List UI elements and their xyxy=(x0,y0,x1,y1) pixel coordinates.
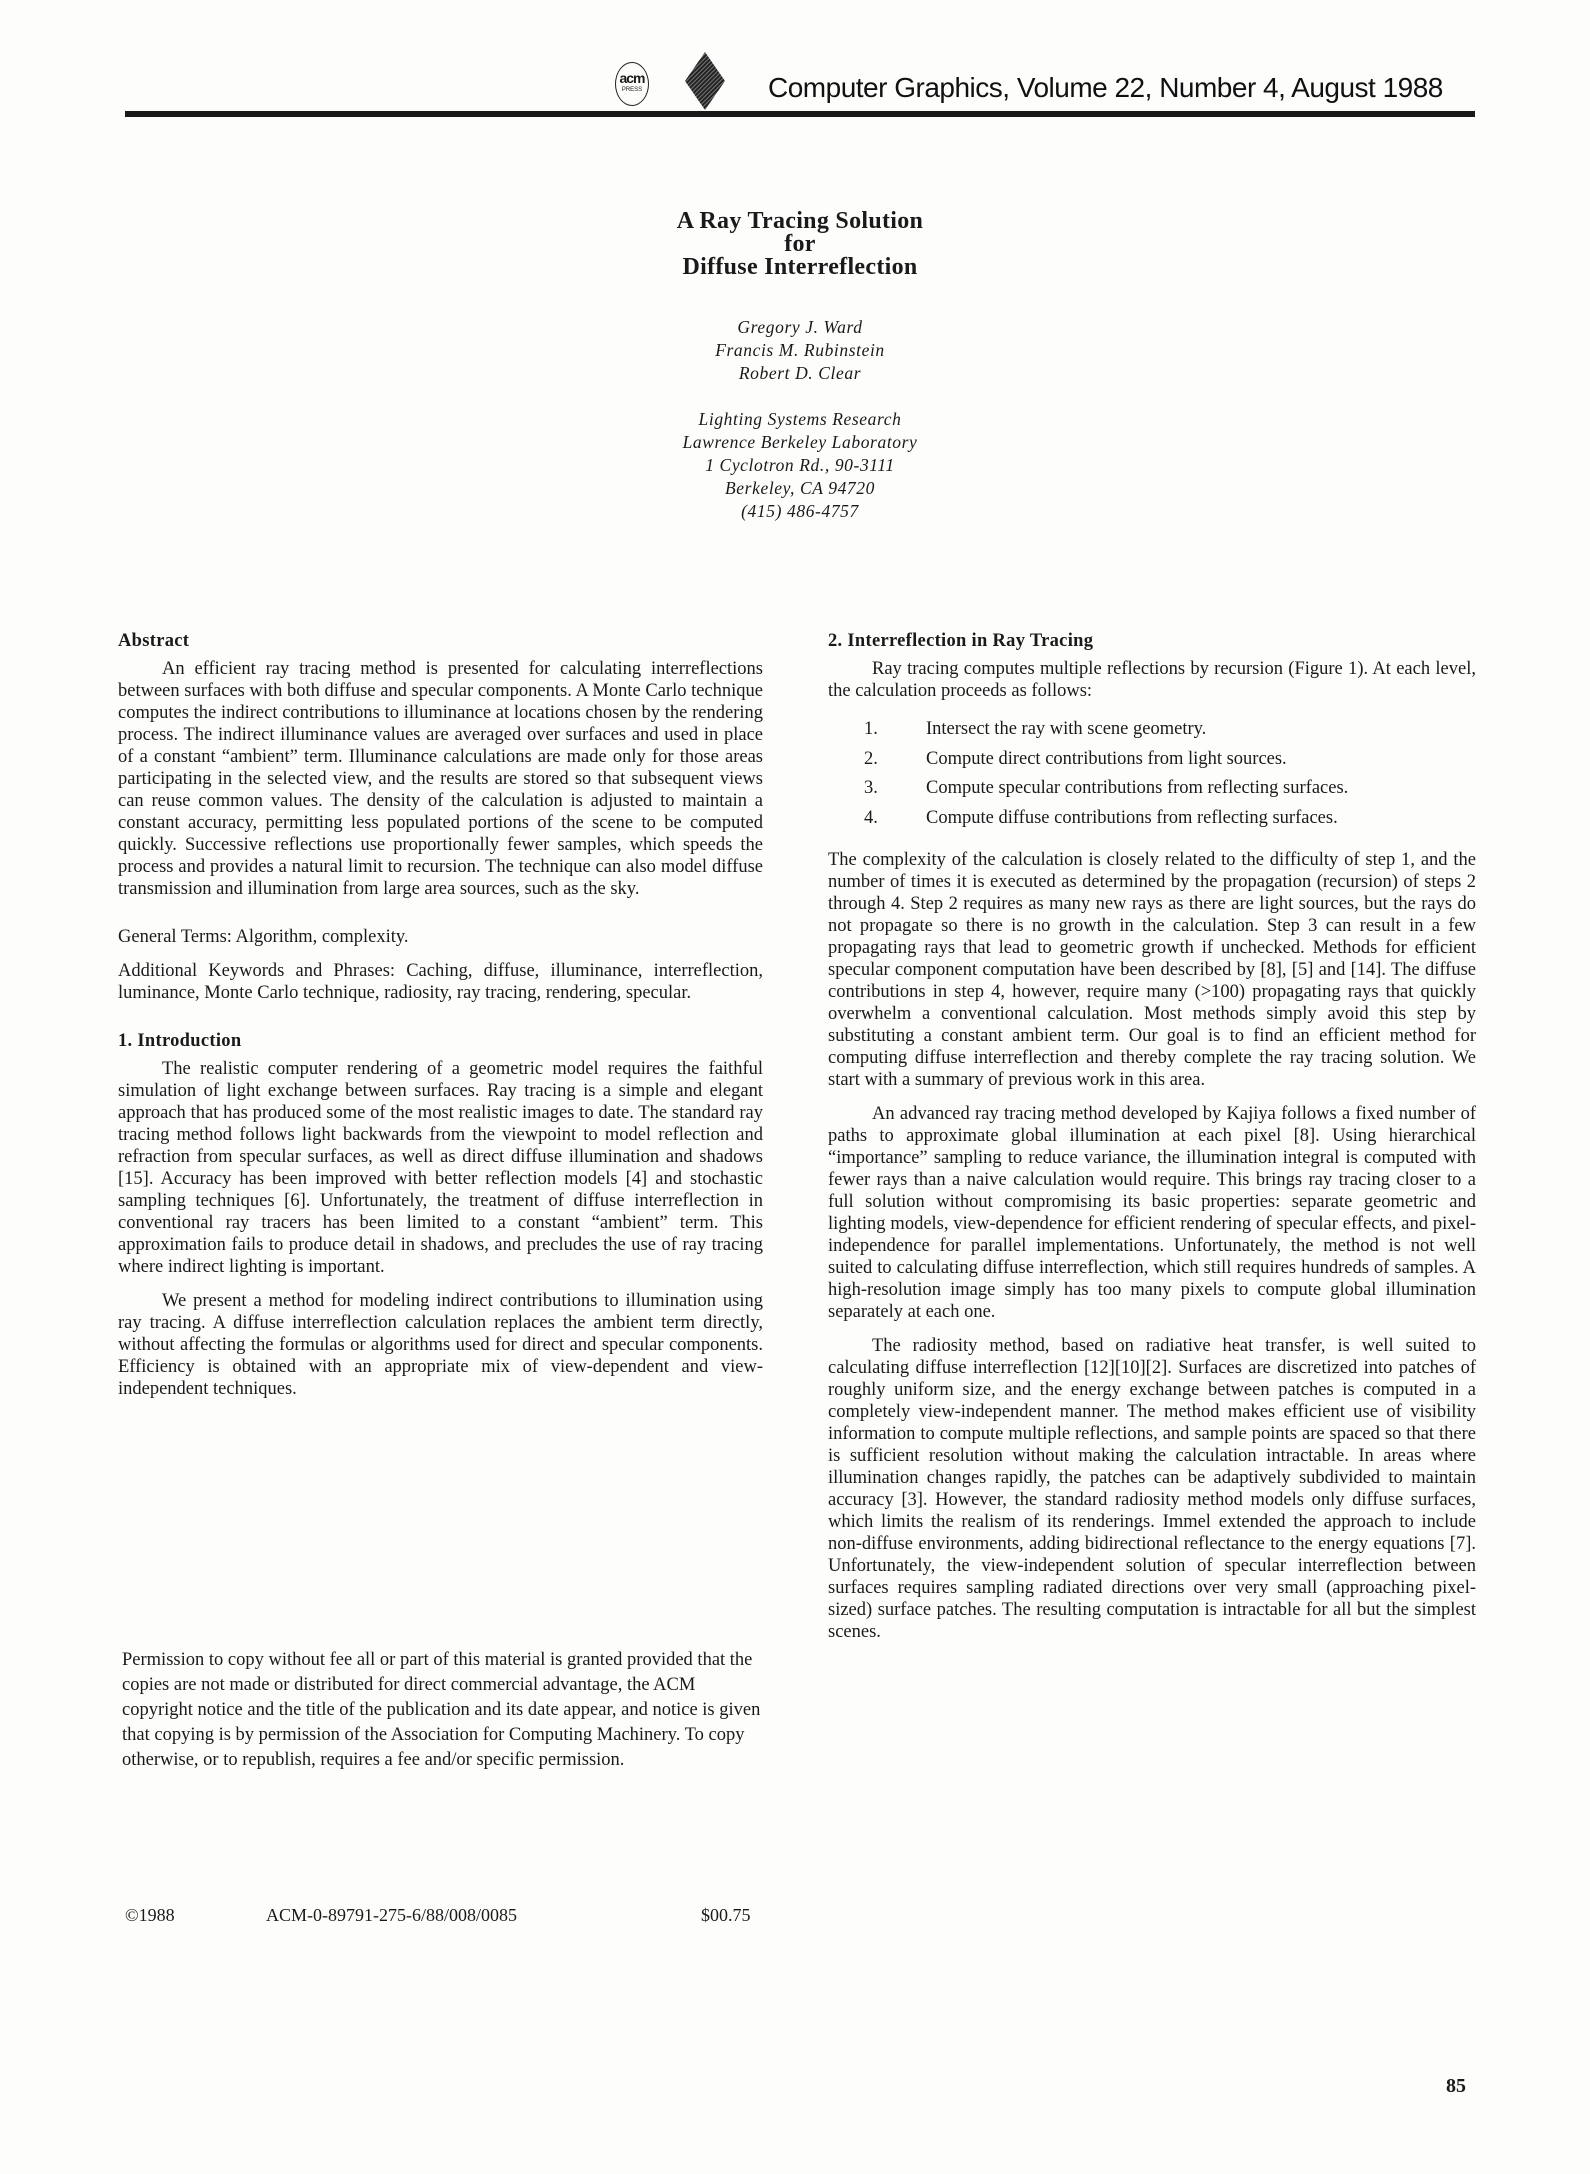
step-text: Compute diffuse contributions from refle… xyxy=(912,807,1338,829)
title-line: Diffuse Interreflection xyxy=(560,256,1040,279)
paper-title: A Ray Tracing Solution for Diffuse Inter… xyxy=(560,210,1040,279)
section-1-paragraph: The realistic computer rendering of a ge… xyxy=(118,1058,763,1278)
step-item: 1.Intersect the ray with scene geometry. xyxy=(828,718,1476,740)
title-line: A Ray Tracing Solution xyxy=(560,210,1040,233)
section-1-paragraph: We present a method for modeling indirec… xyxy=(118,1290,763,1400)
permission-notice: Permission to copy without fee all or pa… xyxy=(122,1648,762,1773)
affiliation-line: 1 Cyclotron Rd., 90-3111 xyxy=(560,454,1040,477)
abstract-text: An efficient ray tracing method is prese… xyxy=(118,658,763,900)
step-item: 2.Compute direct contributions from ligh… xyxy=(828,748,1476,770)
author: Gregory J. Ward xyxy=(560,316,1040,339)
step-number: 4. xyxy=(828,807,912,829)
acm-logo-text: acm xyxy=(619,70,644,86)
section-2-intro: Ray tracing computes multiple reflection… xyxy=(828,658,1476,702)
running-header: acm PRESS Computer Graphics, Volume 22, … xyxy=(125,50,1475,120)
step-list: 1.Intersect the ray with scene geometry.… xyxy=(828,718,1476,829)
affiliation: Lighting Systems Research Lawrence Berke… xyxy=(560,408,1040,523)
step-item: 4.Compute diffuse contributions from ref… xyxy=(828,807,1476,829)
author: Robert D. Clear xyxy=(560,362,1040,385)
keywords: Additional Keywords and Phrases: Caching… xyxy=(118,960,763,1004)
affiliation-line: (415) 486-4757 xyxy=(560,500,1040,523)
page-number: 85 xyxy=(1446,2075,1466,2098)
siggraph-diamond-icon xyxy=(685,52,725,110)
copyright-year: ©1988 xyxy=(125,1905,175,1926)
right-column: 2. Interreflection in Ray Tracing Ray tr… xyxy=(828,630,1476,1643)
abstract-heading: Abstract xyxy=(118,630,763,652)
header-rule xyxy=(125,111,1475,117)
affiliation-line: Lighting Systems Research xyxy=(560,408,1040,431)
journal-title: Computer Graphics, Volume 22, Number 4, … xyxy=(768,72,1443,104)
section-2-paragraph: An advanced ray tracing method developed… xyxy=(828,1103,1476,1323)
general-terms: General Terms: Algorithm, complexity. xyxy=(118,926,763,948)
section-2-paragraph: The radiosity method, based on radiative… xyxy=(828,1335,1476,1643)
author: Francis M. Rubinstein xyxy=(560,339,1040,362)
section-2-paragraph: The complexity of the calculation is clo… xyxy=(828,849,1476,1091)
section-1-heading: 1. Introduction xyxy=(118,1030,763,1052)
step-number: 3. xyxy=(828,777,912,799)
step-number: 1. xyxy=(828,718,912,740)
acm-isbn: ACM-0-89791-275-6/88/008/0085 xyxy=(266,1905,517,1926)
acm-press-logo: acm PRESS xyxy=(615,62,649,106)
price: $00.75 xyxy=(701,1905,751,1926)
author-list: Gregory J. Ward Francis M. Rubinstein Ro… xyxy=(560,316,1040,385)
step-item: 3.Compute specular contributions from re… xyxy=(828,777,1476,799)
step-text: Intersect the ray with scene geometry. xyxy=(912,718,1206,740)
section-2-heading: 2. Interreflection in Ray Tracing xyxy=(828,630,1476,652)
title-line: for xyxy=(560,233,1040,256)
step-text: Compute direct contributions from light … xyxy=(912,748,1287,770)
step-number: 2. xyxy=(828,748,912,770)
left-column: Abstract An efficient ray tracing method… xyxy=(118,630,763,1400)
affiliation-line: Berkeley, CA 94720 xyxy=(560,477,1040,500)
step-text: Compute specular contributions from refl… xyxy=(912,777,1348,799)
title-block: A Ray Tracing Solution for Diffuse Inter… xyxy=(560,210,1040,523)
affiliation-line: Lawrence Berkeley Laboratory xyxy=(560,431,1040,454)
acm-logo-subtext: PRESS xyxy=(616,85,648,95)
